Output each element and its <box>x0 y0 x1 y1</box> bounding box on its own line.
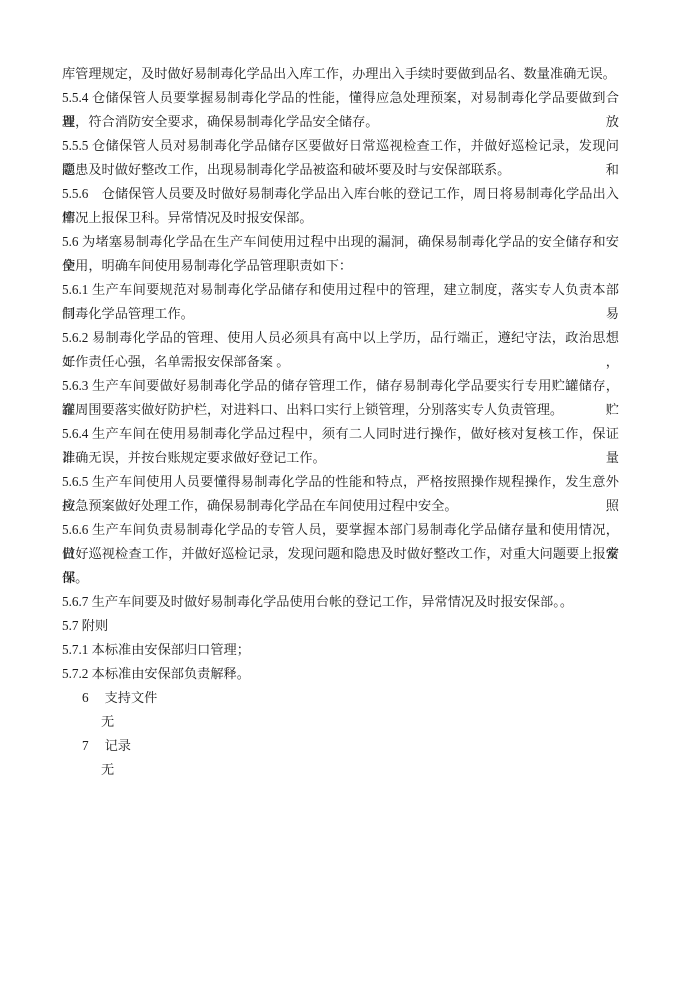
doc-line: 情况上报保卫科。异常情况及时报安保部。 <box>62 206 619 230</box>
doc-line-5-6-4: 5.6.4 生产车间在使用易制毒化学品过程中，须有二人同时进行操作，做好核对复核… <box>62 422 619 446</box>
doc-line-5-5-4: 5.5.4 仓储保管人员要掌握易制毒化学品的性能，懂得应急处理预案，对易制毒化学… <box>62 86 619 110</box>
doc-line: 部。 <box>62 566 619 590</box>
doc-line-5-7-2: 5.7.2 本标准由安保部负责解释。 <box>62 662 619 686</box>
doc-line-5-6-6: 5.6.6 生产车间负责易制毒化学品的专管人员，要掌握本部门易制毒化学品储存量和… <box>62 518 619 542</box>
doc-line-none: 无 <box>62 758 619 782</box>
doc-line: 做好巡视检查工作，并做好巡检记录，发现问题和隐患及时做好整改工作，对重大问题要上… <box>62 542 619 566</box>
section-heading-7: 7记录 <box>62 734 619 758</box>
doc-line: 使用，明确车间使用易制毒化学品管理职责如下： <box>62 254 619 278</box>
section-heading-6: 6支持文件 <box>62 686 619 710</box>
document-body: 库管理规定，及时做好易制毒化学品出入库工作，办理出入手续时要做到品名、数量准确无… <box>62 62 619 782</box>
doc-line-5-6-1: 5.6.1 生产车间要规范对易制毒化学品储存和使用过程中的管理，建立制度，落实专… <box>62 278 619 302</box>
section-number: 7 <box>82 734 89 758</box>
document-page: 库管理规定，及时做好易制毒化学品出入库工作，办理出入手续时要做到品名、数量准确无… <box>0 0 700 990</box>
doc-line-5-5-6: 5.5.6 仓储保管人员要及时做好易制毒化学品出入库台帐的登记工作，周日将易制毒… <box>62 182 619 206</box>
doc-line-none: 无 <box>62 710 619 734</box>
doc-line-5-7: 5.7 附则 <box>62 614 619 638</box>
doc-line-5-6-5: 5.6.5 生产车间使用人员要懂得易制毒化学品的性能和特点，严格按照操作规程操作… <box>62 470 619 494</box>
doc-line-5-6-3: 5.6.3 生产车间要做好易制毒化学品的储存管理工作，储存易制毒化学品要实行专用… <box>62 374 619 398</box>
doc-line: 罐周围要落实做好防护栏，对进料口、出料口实行上锁管理，分别落实专人负责管理。 <box>62 398 619 422</box>
doc-line-5-7-1: 5.7.1 本标准由安保部归口管理； <box>62 638 619 662</box>
doc-line-5-6-2: 5.6.2 易制毒化学品的管理、使用人员必须具有高中以上学历，品行端正，遵纪守法… <box>62 326 619 350</box>
section-number: 6 <box>82 686 89 710</box>
doc-line-5-6: 5.6 为堵塞易制毒化学品在生产车间使用过程中出现的漏洞，确保易制毒化学品的安全… <box>62 230 619 254</box>
section-title: 支持文件 <box>105 690 158 705</box>
doc-line-5-6-7: 5.6.7 生产车间要及时做好易制毒化学品使用台帐的登记工作，异常情况及时报安保… <box>62 590 619 614</box>
section-title: 记录 <box>105 738 131 753</box>
doc-line: 库管理规定，及时做好易制毒化学品出入库工作，办理出入手续时要做到品名、数量准确无… <box>62 62 619 86</box>
doc-line-5-5-5: 5.5.5 仓储保管人员对易制毒化学品储存区要做好日常巡视检查工作，并做好巡检记… <box>62 134 619 158</box>
